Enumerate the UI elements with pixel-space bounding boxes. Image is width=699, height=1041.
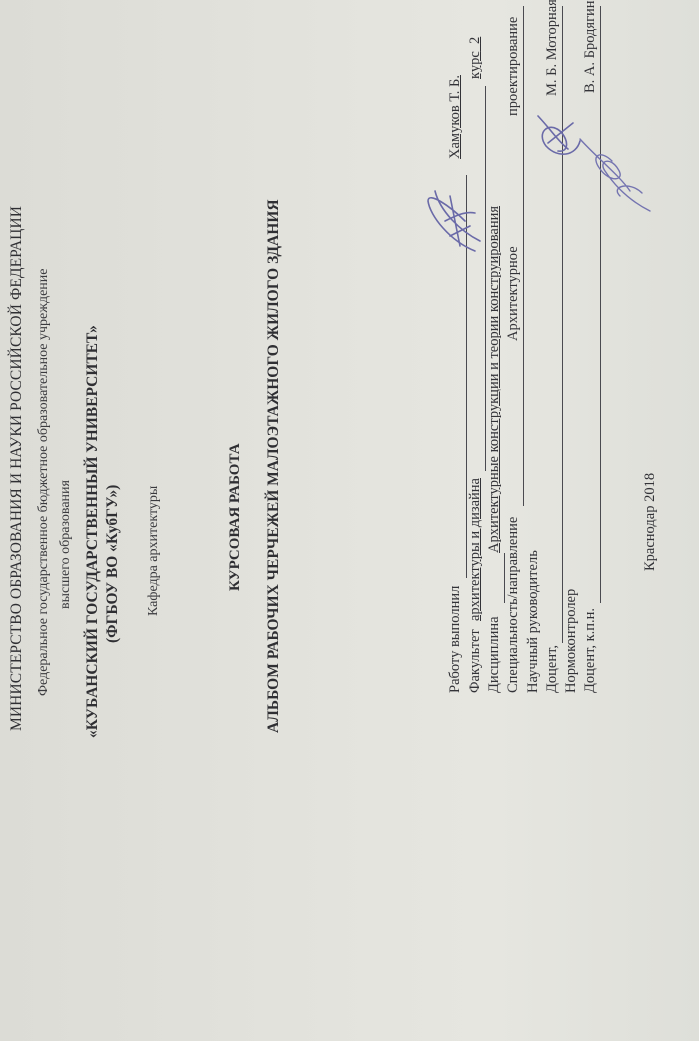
university-abbr: (ФГБОУ ВО «КубГУ») bbox=[104, 485, 122, 643]
specialty-line bbox=[523, 6, 524, 506]
faculty-value: архитектуры и дизайна bbox=[467, 478, 484, 621]
department-name: Кафедра архитектуры bbox=[146, 486, 162, 616]
normcontroller-line bbox=[600, 6, 601, 603]
supervisor-name: М. Б. Моторная bbox=[544, 0, 561, 96]
supervisor-line bbox=[562, 6, 563, 643]
work-type: КУРСОВАЯ РАБОТА bbox=[227, 443, 244, 591]
title-page: МИНИСТЕРСТВО ОБРАЗОВАНИЯ И НАУКИ РОССИЙС… bbox=[0, 0, 699, 1041]
specialty-value-2: проектирование bbox=[505, 17, 522, 116]
normcontroller-label: Нормоконтролер bbox=[563, 589, 580, 693]
normcontroller-name: В. А. Бродягин bbox=[582, 0, 599, 93]
normcontroller-position: Доцент, к.п.н. bbox=[582, 608, 599, 693]
course-label: курс bbox=[467, 51, 483, 79]
supervisor-label: Научный руководитель bbox=[525, 550, 542, 693]
education-level-line: высшего образования bbox=[58, 480, 74, 609]
course-field: курс 2 bbox=[467, 37, 484, 79]
city-year: Краснодар 2018 bbox=[642, 473, 659, 571]
institution-type-line: Федеральное государственное бюджетное об… bbox=[36, 269, 52, 696]
signature-student-icon bbox=[420, 181, 490, 261]
signature-normcontroller-icon bbox=[560, 131, 660, 231]
faculty-label: Факультет bbox=[467, 629, 484, 693]
bleed-through-text bbox=[120, 738, 136, 742]
ministry-line: МИНИСТЕРСТВО ОБРАЗОВАНИЯ И НАУКИ РОССИЙС… bbox=[8, 206, 26, 731]
supervisor-position: Доцент, bbox=[544, 645, 561, 693]
specialty-label: Специальность/направление bbox=[505, 517, 522, 693]
performed-by-label: Работу выполнил bbox=[447, 586, 464, 693]
performed-by-value: Хамуков Т. Б. bbox=[447, 75, 464, 159]
university-name: «КУБАНСКИЙ ГОСУДАРСТВЕННЫЙ УНИВЕРСИТЕТ» bbox=[84, 325, 102, 738]
work-title: АЛЬБОМ РАБОЧИХ ЧЕРЧЕЖЕЙ МАЛОЭТАЖНОГО ЖИЛ… bbox=[265, 199, 283, 733]
course-value: 2 bbox=[467, 37, 483, 44]
discipline-label: Дисциплина bbox=[486, 616, 503, 693]
specialty-value-1: Архитектурное bbox=[505, 246, 522, 341]
